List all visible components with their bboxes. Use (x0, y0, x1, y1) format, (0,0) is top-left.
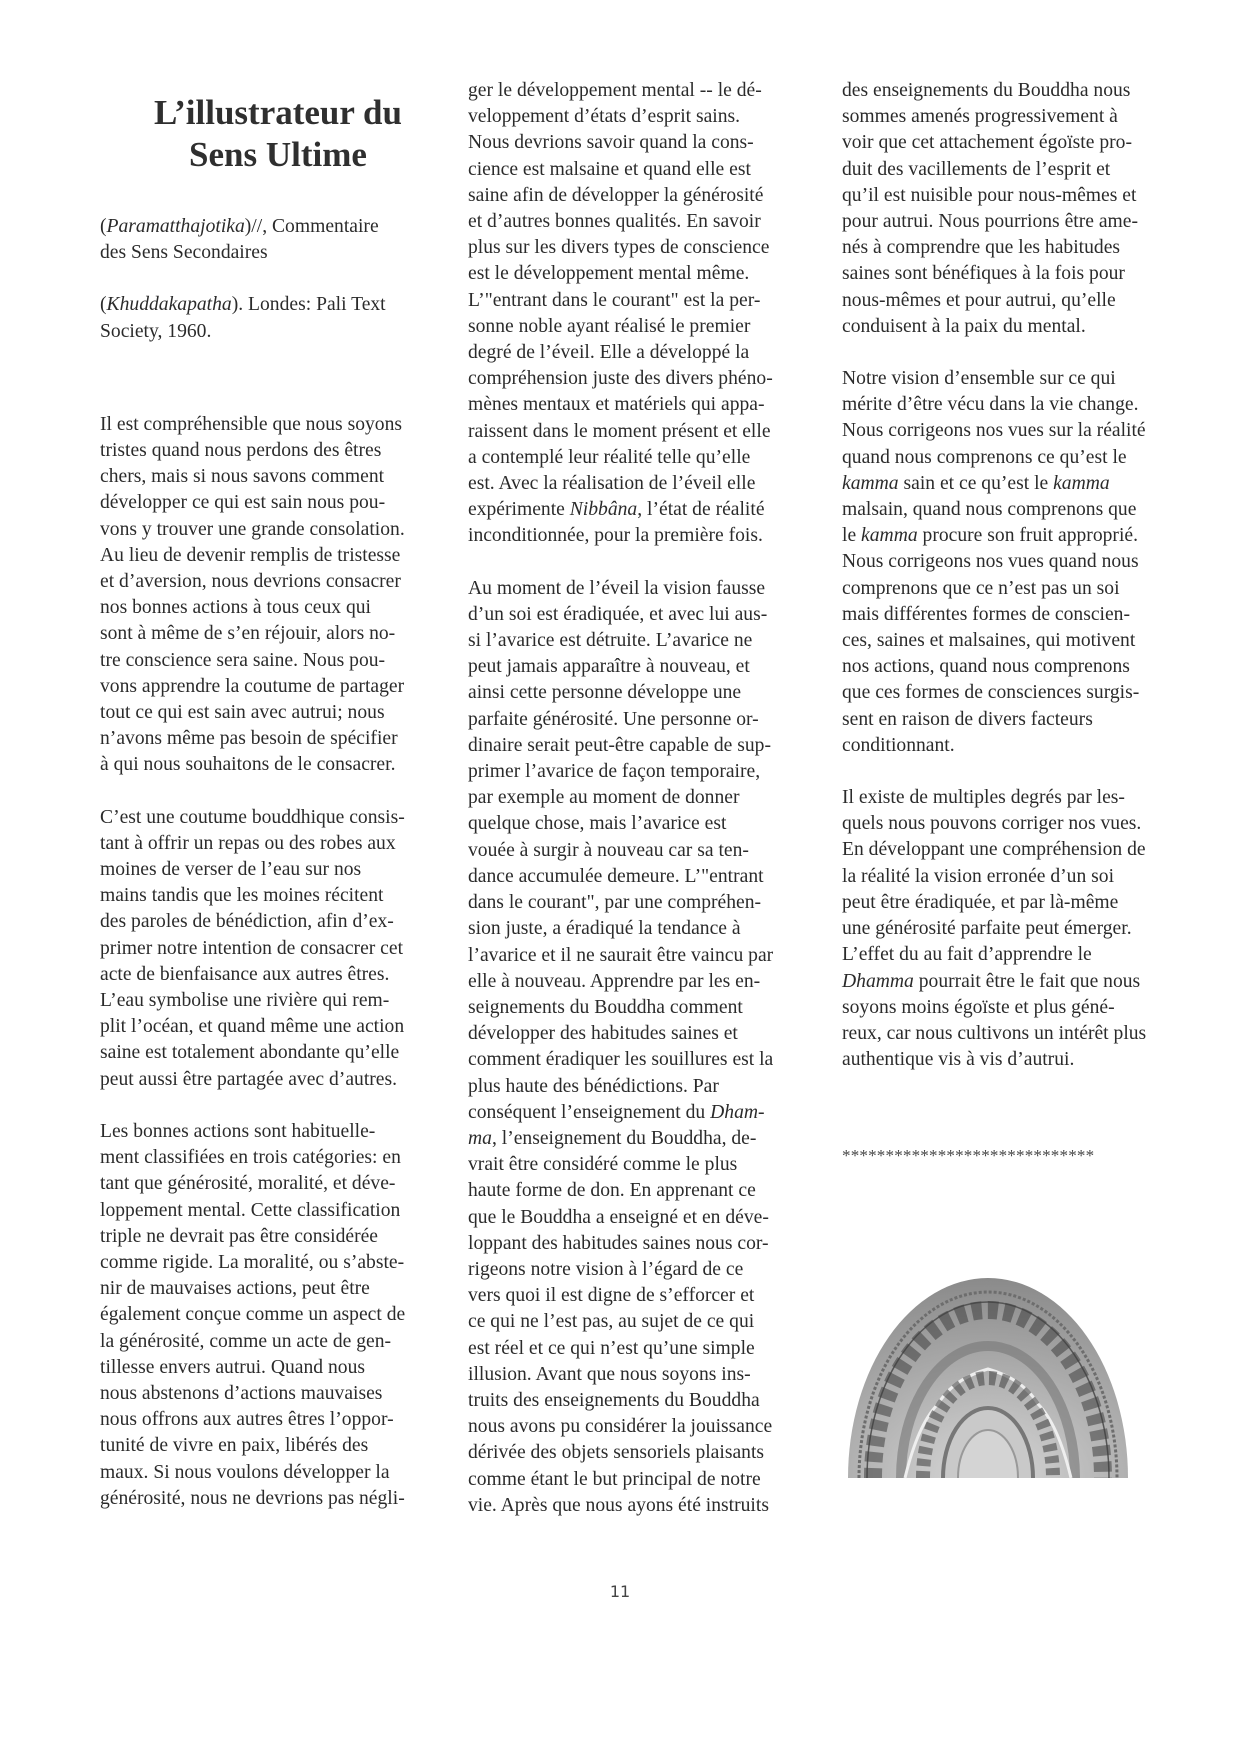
source-reference-2: (Khuddakapatha). Londes: Pali Text Socie… (100, 292, 462, 344)
text-line: moines de verser de l’eau sur nos (100, 857, 462, 883)
text: le (842, 525, 861, 546)
text-line: reux, car nous cultivons un intérêt plus (842, 1021, 1214, 1047)
text: pourrait être le fait que nous (914, 971, 1140, 992)
text-line: nous-mêmes et pour autrui, qu’elle (842, 288, 1214, 314)
column-3: des enseignements du Bouddha noussommes … (842, 78, 1214, 1170)
text-line: cience est malsaine et quand elle est (468, 157, 840, 183)
text: expérimente (468, 499, 570, 520)
ref-line: Society, 1960. (100, 319, 462, 345)
text-line: Au lieu de devenir remplis de tristesse (100, 543, 462, 569)
article-title: L’illustrateur du Sens Ultime (100, 92, 462, 176)
text-line: vie. Après que nous ayons été instruits (468, 1493, 840, 1519)
text-line: développer ce qui est sain nous pou- (100, 490, 462, 516)
column-1: L’illustrateur du Sens Ultime (Paramatth… (100, 78, 462, 1512)
text-line: tillesse envers autrui. Quand nous (100, 1355, 462, 1381)
text-line: malsain, quand nous comprenons que (842, 497, 1214, 523)
text-line: est le développement mental même. (468, 261, 840, 287)
text-line: conditionnant. (842, 733, 1214, 759)
text: sain et ce qu’est le (899, 473, 1054, 494)
italic-term: Nibbâna (570, 499, 638, 520)
page-number: 11 (0, 1582, 1240, 1601)
text-line: illusion. Avant que nous soyons ins- (468, 1362, 840, 1388)
text-line: ma, l’enseignement du Bouddha, de- (468, 1126, 840, 1152)
paragraph: Il est compréhensible que nous soyonstri… (100, 412, 462, 779)
text-line: d’un soi est éradiquée, et avec lui aus- (468, 602, 840, 628)
text-line: nous abstenons d’actions mauvaises (100, 1381, 462, 1407)
text-line: rigeons notre vision à l’égard de ce (468, 1257, 840, 1283)
italic-term: Dhamma (842, 971, 914, 992)
text-line: seignements du Bouddha comment (468, 995, 840, 1021)
text-line: a contemplé leur réalité telle qu’elle (468, 445, 840, 471)
text-line: tout ce qui est sain avec autrui; nous (100, 700, 462, 726)
text-line: peut aussi être partagée avec d’autres. (100, 1067, 462, 1093)
text-line: comme rigide. La moralité, ou s’abste- (100, 1250, 462, 1276)
italic-term: kamma (1053, 473, 1110, 494)
text-line: sont à même de s’en réjouir, alors no- (100, 621, 462, 647)
title-line: Sens Ultime (100, 134, 456, 176)
text-line: le kamma procure son fruit approprié. (842, 523, 1214, 549)
asterisk-separator: ***************************** (842, 1143, 1214, 1169)
text-line: chers, mais si nous savons comment (100, 464, 462, 490)
text-line: tunité de vivre en paix, libérés des (100, 1433, 462, 1459)
text-line: mènes mentaux et matériels qui appa- (468, 392, 840, 418)
text-line: saines sont bénéfiques à la fois pour (842, 261, 1214, 287)
text-line: conduisent à la paix du mental. (842, 314, 1214, 340)
title-line: L’illustrateur du (100, 92, 456, 134)
text-line: mains tandis que les moines récitent (100, 883, 462, 909)
text-line: nos actions, quand nous comprenons (842, 654, 1214, 680)
text-line: générosité, nous ne devrions pas négli- (100, 1486, 462, 1512)
text-line: C’est une coutume bouddhique consis- (100, 805, 462, 831)
text-line: plus haute des bénédictions. Par (468, 1074, 840, 1100)
text-line: acte de bienfaisance aux autres êtres. (100, 962, 462, 988)
text-line: l’avarice et il ne saurait être vaincu p… (468, 943, 840, 969)
line-group: Il existe de multiples degrés par les-qu… (842, 785, 1214, 968)
text-line: elle à nouveau. Apprendre par les en- (468, 969, 840, 995)
text: , l’état de réalité (637, 499, 764, 520)
text-line: nous avons pu considérer la jouissance (468, 1414, 840, 1440)
text-line: primer notre intention de consacrer cet (100, 936, 462, 962)
line-group: Au moment de l’éveil la vision faussed’u… (468, 576, 840, 1100)
text-line: nir de mauvaises actions, peut être (100, 1276, 462, 1302)
text-line: triple ne devrait pas être considérée (100, 1224, 462, 1250)
text: conséquent l’enseignement du (468, 1102, 710, 1123)
text-line: inconditionnée, pour la première fois. (468, 523, 840, 549)
text-line: haute forme de don. En apprenant ce (468, 1178, 840, 1204)
ref-line: (Paramatthajotika)//, Commentaire (100, 214, 462, 240)
text-line: Au moment de l’éveil la vision fausse (468, 576, 840, 602)
text-line: plus sur les divers types de conscience (468, 235, 840, 261)
paragraph: Au moment de l’éveil la vision faussed’u… (468, 576, 840, 1519)
text-line: Les bonnes actions sont habituelle- (100, 1119, 462, 1145)
text-line: En développant une compréhension de (842, 837, 1214, 863)
text-line: que le Bouddha a enseigné et en déve- (468, 1205, 840, 1231)
text-line: des enseignements du Bouddha nous (842, 78, 1214, 104)
text-line: loppement mental. Cette classification (100, 1198, 462, 1224)
paragraph: Les bonnes actions sont habituelle-ment … (100, 1119, 462, 1512)
text-line: la générosité, comme un acte de gen- (100, 1329, 462, 1355)
text-line: ainsi cette personne développe une (468, 680, 840, 706)
text-line: veloppement d’états d’esprit sains. (468, 104, 840, 130)
text-line: dinaire serait peut-être capable de sup- (468, 733, 840, 759)
text-line: ce qui ne l’est pas, au sujet de ce qui (468, 1309, 840, 1335)
text-line: n’avons même pas besoin de spécifier (100, 726, 462, 752)
text-line: authentique vis à vis d’autrui. (842, 1047, 1214, 1073)
text-line: à qui nous souhaitons de le consacrer. (100, 752, 462, 778)
italic-term: kamma (842, 473, 899, 494)
line-group: Notre vision d’ensemble sur ce quimérite… (842, 366, 1214, 471)
text-line: vers quoi il est digne de s’efforcer et (468, 1283, 840, 1309)
text-line: expérimente Nibbâna, l’état de réalité (468, 497, 840, 523)
text-line: dérivée des objets sensoriels plaisants (468, 1440, 840, 1466)
text-line: quelque chose, mais l’avarice est (468, 811, 840, 837)
text-line: nous offrons aux autres êtres l’oppor- (100, 1407, 462, 1433)
paragraph: Notre vision d’ensemble sur ce quimérite… (842, 366, 1214, 759)
text-line: plit l’océan, et quand même une action (100, 1014, 462, 1040)
line-group: ger le développement mental -- le dé-vel… (468, 78, 840, 497)
text-line: qu’il est nuisible pour nous-mêmes et (842, 183, 1214, 209)
text-line: comprenons que ce n’est pas un soi (842, 576, 1214, 602)
column-2: ger le développement mental -- le dé-vel… (468, 78, 840, 1519)
text-line: la réalité la vision erronée d’un soi (842, 864, 1214, 890)
text-line: saine afin de développer la générosité (468, 183, 840, 209)
text-line: degré de l’éveil. Elle a développé la (468, 340, 840, 366)
text-line: sommes amenés progressivement à (842, 104, 1214, 130)
text-line: comme étant le but principal de notre (468, 1467, 840, 1493)
text-line: Notre vision d’ensemble sur ce qui (842, 366, 1214, 392)
line-group: Nous corrigeons nos vues quand nouscompr… (842, 549, 1214, 759)
source-reference-1: (Paramatthajotika)//, Commentaire des Se… (100, 214, 462, 266)
text-line: Nous corrigeons nos vues sur la réalité (842, 418, 1214, 444)
text-line: Il existe de multiples degrés par les- (842, 785, 1214, 811)
paragraph: C’est une coutume bouddhique consis-tant… (100, 805, 462, 1093)
text-line: loppant des habitudes saines nous cor- (468, 1231, 840, 1257)
text-line: vons y trouver une grande consolation. (100, 517, 462, 543)
text-line: truits des enseignements du Bouddha (468, 1388, 840, 1414)
ref-line: des Sens Secondaires (100, 240, 462, 266)
text-line: une générosité parfaite peut émerger. (842, 916, 1214, 942)
italic-term: ma (468, 1128, 492, 1149)
text-line: ment classifiées en trois catégories: en (100, 1145, 462, 1171)
ref-italic: Paramatthajotika (107, 216, 245, 237)
text-line: duit des vacillements de l’esprit et (842, 157, 1214, 183)
text-line: ces, saines et malsaines, qui motivent (842, 628, 1214, 654)
text-line: saine est totalement abondante qu’elle (100, 1040, 462, 1066)
ref-italic: Khuddakapatha (107, 294, 232, 315)
text-line: si l’avarice est détruite. L’avarice ne (468, 628, 840, 654)
text-line: raissent dans le moment présent et elle (468, 419, 840, 445)
text: procure son fruit approprié. (918, 525, 1138, 546)
text-line: quand nous comprenons ce qu’est le (842, 445, 1214, 471)
paragraph: des enseignements du Bouddha noussommes … (842, 78, 1214, 340)
text-line: kamma sain et ce qu’est le kamma (842, 471, 1214, 497)
text-line: vons apprendre la coutume de partager (100, 674, 462, 700)
text-line: nés à comprendre que les habitudes (842, 235, 1214, 261)
text-line: que ces formes de consciences surgis- (842, 680, 1214, 706)
text-line: nos bonnes actions à tous ceux qui (100, 595, 462, 621)
text-line: tristes quand nous perdons des êtres (100, 438, 462, 464)
text-line: vrait être considéré comme le plus (468, 1152, 840, 1178)
text-line: compréhension juste des divers phéno- (468, 366, 840, 392)
text-line: tant que générosité, moralité, et déve- (100, 1171, 462, 1197)
text-line: mérite d’être vécu dans la vie change. (842, 392, 1214, 418)
text-line: parfaite générosité. Une personne or- (468, 707, 840, 733)
text-line: soyons moins égoïste et plus géné- (842, 995, 1214, 1021)
text-line: maux. Si nous voulons développer la (100, 1460, 462, 1486)
moonstone-image (843, 1274, 1133, 1479)
text-line: ger le développement mental -- le dé- (468, 78, 840, 104)
text-line: pour autrui. Nous pourrions être ame- (842, 209, 1214, 235)
text-line: dans le courant", par une compréhen- (468, 890, 840, 916)
italic-term: Dham- (710, 1102, 764, 1123)
text-line: est réel et ce qui n’est qu’une simple (468, 1336, 840, 1362)
text-line: sent en raison de divers facteurs (842, 707, 1214, 733)
ref-line: (Khuddakapatha). Londes: Pali Text (100, 292, 462, 318)
text-line: Nous devrions savoir quand la cons- (468, 130, 840, 156)
text-line: L’effet du au fait d’apprendre le (842, 942, 1214, 968)
text-line: primer l’avarice de façon temporaire, (468, 759, 840, 785)
text-line: par exemple au moment de donner (468, 785, 840, 811)
text: , l’enseignement du Bouddha, de- (492, 1128, 756, 1149)
text-line: comment éradiquer les souillures est la (468, 1047, 840, 1073)
text-line: quels nous pouvons corriger nos vues. (842, 811, 1214, 837)
text-line: vouée à surgir à nouveau car sa ten- (468, 838, 840, 864)
text-line: Nous corrigeons nos vues quand nous (842, 549, 1214, 575)
text-line: mais différentes formes de conscien- (842, 602, 1214, 628)
text-line: développer des habitudes saines et (468, 1021, 840, 1047)
line-group: soyons moins égoïste et plus géné-reux, … (842, 995, 1214, 1074)
text-line: L’"entrant dans le courant" est la per- (468, 288, 840, 314)
text-line: peut être éradiquée, et par là-même (842, 890, 1214, 916)
text-line: sonne noble ayant réalisé le premier (468, 314, 840, 340)
line-group: vrait être considéré comme le plushaute … (468, 1152, 840, 1519)
text-line: est. Avec la réalisation de l’éveil elle (468, 471, 840, 497)
paragraph: ger le développement mental -- le dé-vel… (468, 78, 840, 550)
text-line: des paroles de bénédiction, afin d’ex- (100, 909, 462, 935)
italic-term: kamma (861, 525, 918, 546)
text-line: tant à offrir un repas ou des robes aux (100, 831, 462, 857)
text-line: et d’aversion, nous devrions consacrer (100, 569, 462, 595)
text-line: tre conscience sera saine. Nous pou- (100, 648, 462, 674)
text-line: dance accumulée demeure. L’"entrant (468, 864, 840, 890)
text-line: sion juste, a éradiqué la tendance à (468, 916, 840, 942)
text-line: L’eau symbolise une rivière qui rem- (100, 988, 462, 1014)
text-line: conséquent l’enseignement du Dham- (468, 1100, 840, 1126)
text-line: peut jamais apparaître à nouveau, et (468, 654, 840, 680)
text-line: Dhamma pourrait être le fait que nous (842, 969, 1214, 995)
text-line: Il est compréhensible que nous soyons (100, 412, 462, 438)
text-line: voir que cet attachement égoïste pro- (842, 130, 1214, 156)
ref-text: )//, Commentaire (245, 216, 379, 237)
moonstone-illustration (843, 1274, 1133, 1479)
text-line: et d’autres bonnes qualités. En savoir (468, 209, 840, 235)
ref-text: ). Londes: Pali Text (232, 294, 386, 315)
paragraph: Il existe de multiples degrés par les-qu… (842, 785, 1214, 1073)
text-line: également conçue comme un aspect de (100, 1302, 462, 1328)
